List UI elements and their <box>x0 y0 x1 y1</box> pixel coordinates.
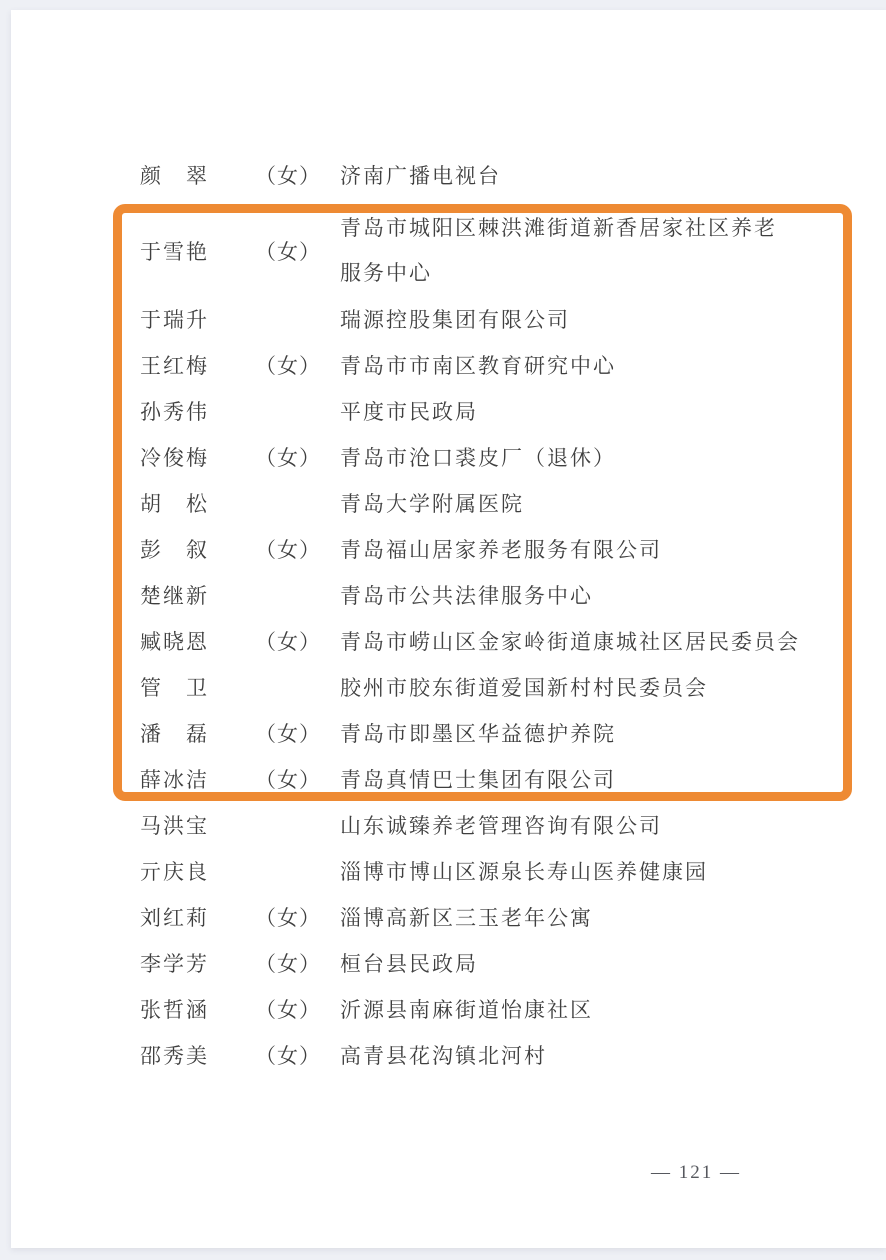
person-name: 李学芳 <box>140 948 255 978</box>
gender-label: （女） <box>255 764 340 794</box>
table-row: 颜 翠 （女） 济南广播电视台 <box>140 152 866 198</box>
table-row: 亓庆良 淄博市博山区源泉长寿山医养健康园 <box>140 848 866 894</box>
gender-label: （女） <box>255 948 340 978</box>
table-row: 臧晓恩 （女） 青岛市崂山区金家岭街道康城社区居民委员会 <box>140 618 866 664</box>
organization: 沂源县南麻街道怡康社区 <box>340 994 866 1024</box>
gender-label: （女） <box>255 442 340 472</box>
person-name: 马洪宝 <box>140 810 255 840</box>
organization: 青岛市城阳区棘洪滩街道新香居家社区养老服务中心 <box>340 206 866 296</box>
organization: 山东诚臻养老管理咨询有限公司 <box>340 810 866 840</box>
person-name: 潘 磊 <box>140 718 255 748</box>
gender-label: （女） <box>255 236 340 266</box>
organization: 胶州市胶东街道爱国新村村民委员会 <box>340 672 866 702</box>
person-name: 彭 叙 <box>140 534 255 564</box>
organization: 济南广播电视台 <box>340 160 866 190</box>
table-row: 于瑞升 瑞源控股集团有限公司 <box>140 296 866 342</box>
person-name: 邵秀美 <box>140 1040 255 1070</box>
person-name: 胡 松 <box>140 488 255 518</box>
person-name: 于瑞升 <box>140 304 255 334</box>
table-row: 彭 叙 （女） 青岛福山居家养老服务有限公司 <box>140 526 866 572</box>
table-row: 潘 磊 （女） 青岛市即墨区华益德护养院 <box>140 710 866 756</box>
organization: 青岛大学附属医院 <box>340 488 866 518</box>
table-row: 冷俊梅 （女） 青岛市沧口裘皮厂（退休） <box>140 434 866 480</box>
person-name: 管 卫 <box>140 672 255 702</box>
organization: 青岛市即墨区华益德护养院 <box>340 718 866 748</box>
organization: 青岛市市南区教育研究中心 <box>340 350 866 380</box>
table-row: 楚继新 青岛市公共法律服务中心 <box>140 572 866 618</box>
gender-label: （女） <box>255 350 340 380</box>
person-name: 冷俊梅 <box>140 442 255 472</box>
person-name: 刘红莉 <box>140 902 255 932</box>
organization: 青岛市崂山区金家岭街道康城社区居民委员会 <box>340 626 866 656</box>
person-name: 于雪艳 <box>140 236 255 266</box>
organization: 淄博高新区三玉老年公寓 <box>340 902 866 932</box>
document-page: 颜 翠 （女） 济南广播电视台 于雪艳 （女） 青岛市城阳区棘洪滩街道新香居家社… <box>11 10 886 1248</box>
table-row: 于雪艳 （女） 青岛市城阳区棘洪滩街道新香居家社区养老服务中心 <box>140 198 866 296</box>
person-name: 臧晓恩 <box>140 626 255 656</box>
document-viewport: 颜 翠 （女） 济南广播电视台 于雪艳 （女） 青岛市城阳区棘洪滩街道新香居家社… <box>0 0 886 1260</box>
person-name: 颜 翠 <box>140 160 255 190</box>
organization: 青岛市沧口裘皮厂（退休） <box>340 442 866 472</box>
person-name: 孙秀伟 <box>140 396 255 426</box>
table-row: 马洪宝 山东诚臻养老管理咨询有限公司 <box>140 802 866 848</box>
organization: 青岛真情巴士集团有限公司 <box>340 764 866 794</box>
person-name: 薛冰洁 <box>140 764 255 794</box>
table-row: 管 卫 胶州市胶东街道爱国新村村民委员会 <box>140 664 866 710</box>
person-name: 张哲涵 <box>140 994 255 1024</box>
roster: 颜 翠 （女） 济南广播电视台 于雪艳 （女） 青岛市城阳区棘洪滩街道新香居家社… <box>140 152 866 1078</box>
gender-label: （女） <box>255 626 340 656</box>
table-row: 刘红莉 （女） 淄博高新区三玉老年公寓 <box>140 894 866 940</box>
organization: 桓台县民政局 <box>340 948 866 978</box>
table-row: 薛冰洁 （女） 青岛真情巴士集团有限公司 <box>140 756 866 802</box>
gender-label: （女） <box>255 902 340 932</box>
gender-label: （女） <box>255 534 340 564</box>
person-name: 王红梅 <box>140 350 255 380</box>
gender-label: （女） <box>255 994 340 1024</box>
organization: 淄博市博山区源泉长寿山医养健康园 <box>340 856 866 886</box>
organization: 青岛市公共法律服务中心 <box>340 580 866 610</box>
table-row: 王红梅 （女） 青岛市市南区教育研究中心 <box>140 342 866 388</box>
person-name: 楚继新 <box>140 580 255 610</box>
gender-label: （女） <box>255 1040 340 1070</box>
organization: 平度市民政局 <box>340 396 866 426</box>
gender-label: （女） <box>255 160 340 190</box>
gender-label: （女） <box>255 718 340 748</box>
page-number: — 121 — <box>611 1162 781 1184</box>
organization: 青岛福山居家养老服务有限公司 <box>340 534 866 564</box>
table-row: 邵秀美 （女） 高青县花沟镇北河村 <box>140 1032 866 1078</box>
organization: 瑞源控股集团有限公司 <box>340 304 866 334</box>
organization: 高青县花沟镇北河村 <box>340 1040 866 1070</box>
person-name: 亓庆良 <box>140 856 255 886</box>
table-row: 李学芳 （女） 桓台县民政局 <box>140 940 866 986</box>
table-row: 张哲涵 （女） 沂源县南麻街道怡康社区 <box>140 986 866 1032</box>
table-row: 孙秀伟 平度市民政局 <box>140 388 866 434</box>
table-row: 胡 松 青岛大学附属医院 <box>140 480 866 526</box>
